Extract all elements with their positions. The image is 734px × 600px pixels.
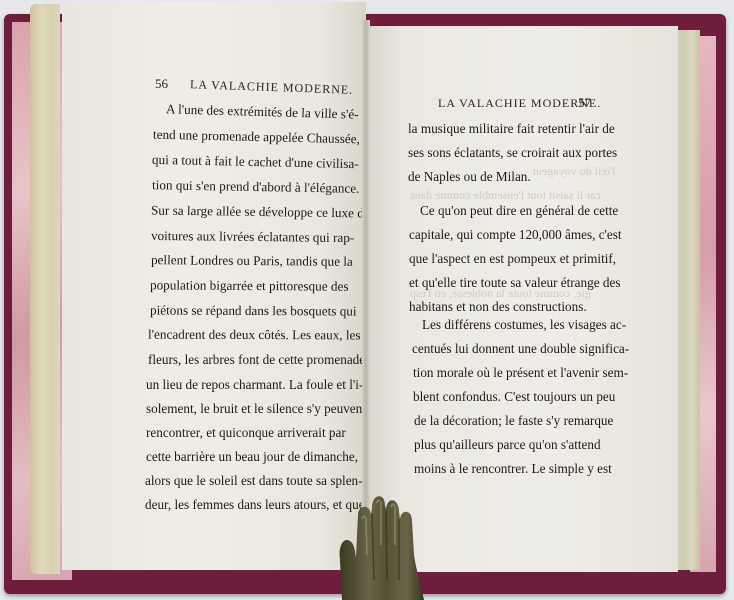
text-line: deur, les femmes dans leurs atours, et q… [145,498,365,511]
bronze-hand-bookweight [336,485,432,600]
text-line: ses sons éclatants, se croirait aux port… [408,146,617,159]
right-page-number: 57 [578,95,591,111]
text-line: de la décoration; le faste s'y remarque [414,414,613,427]
text-line: rencontrer, et quiconque arriverait par [146,426,346,439]
right-running-head: LA VALACHIE MODERNE. [438,96,601,111]
text-line: capitale, qui compte 120,000 âmes, c'est [409,228,622,241]
text-line: moins à le rencontrer. Le simple y est [414,462,612,475]
show-through-text: car il saisit tout l'ensemble comme dans [410,188,601,203]
text-line: un lieu de repos charmant. La foule et l… [146,378,363,391]
text-line: que l'aspect en est pompeux et primitif, [409,252,616,265]
text-line: habitans et non des constructions. [409,300,587,313]
text-line: solement, le bruit et le silence s'y peu… [146,402,366,415]
text-line: tion qui s'en prend d'abord à l'élégance… [152,178,360,195]
text-line: voitures aux livrées éclatantes qui rap- [151,229,354,244]
text-line: population bigarrée et pittoresque des [150,278,349,293]
text-line: la musique militaire fait retentir l'air… [408,122,615,135]
text-line: piétons se répand dans les bosquets qui [150,303,357,317]
text-line: alors que le soleil est dans toute sa sp… [145,474,363,487]
text-line: tion morale où le présent et l'avenir se… [413,366,628,379]
text-line: de Naples ou de Milan. [408,170,531,183]
show-through-text: l'œil du voyageur [532,164,615,179]
text-line: cette barrière un beau jour de dimanche, [146,450,358,463]
text-line: blent confondus. C'est toujours un peu [413,390,615,403]
text-line: l'encadrent des deux côtés. Les eaux, le… [148,328,361,342]
text-line: et qu'elle tire toute sa valeur étrange … [409,276,620,289]
text-line: Les différens costumes, les visages ac- [422,318,626,331]
text-line: fleurs, les arbres font de cette promena… [148,353,365,366]
text-line: Ce qu'on peut dire en général de cette [420,204,618,217]
text-line: plus qu'ailleurs parce qu'on s'attend [414,438,601,451]
text-line: pellent Londres ou Paris, tandis que la [151,253,353,268]
text-line: Sur sa large allée se développe ce luxe … [151,203,370,219]
book-photo: 56 LA VALACHIE MODERNE. A l'une des extr… [0,0,734,600]
left-page-number: 56 [155,76,168,92]
page-block-edge-left [30,4,60,574]
text-line: centués lui donnent une double significa… [412,342,629,355]
